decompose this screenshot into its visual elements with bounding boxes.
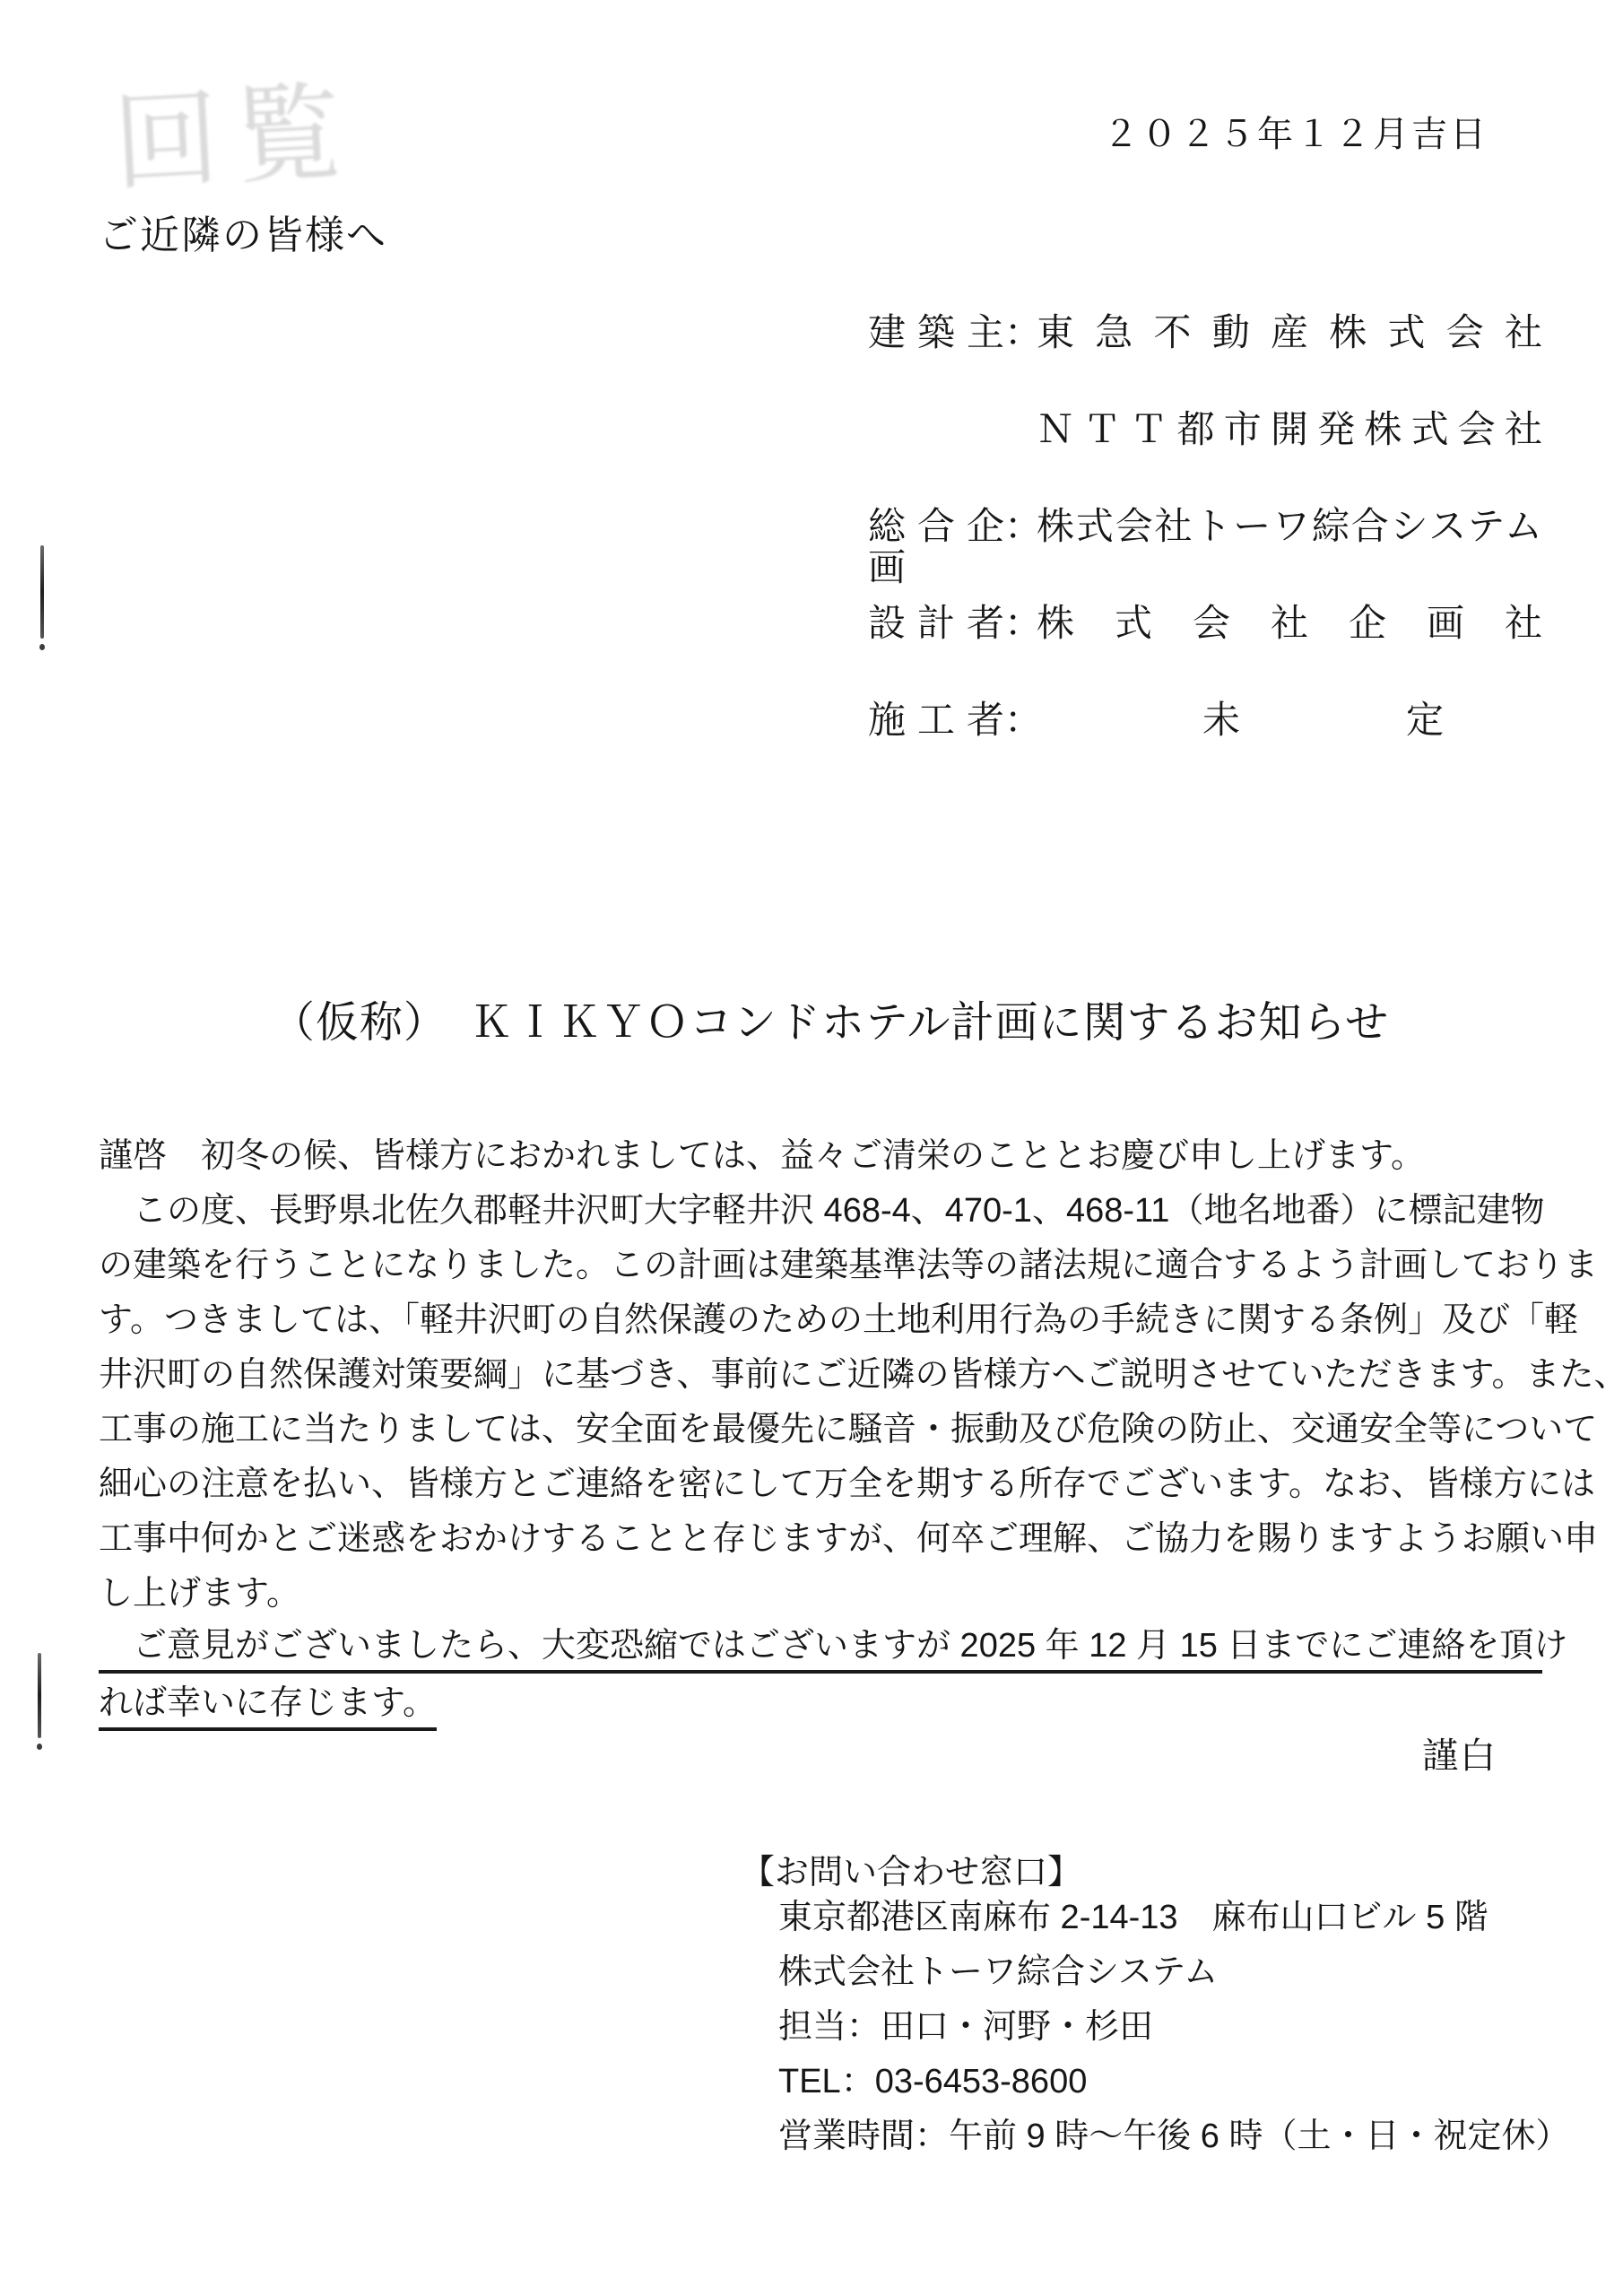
party-value: 株式会社企画社 <box>1037 603 1542 700</box>
party-value: 未定 <box>1037 700 1610 796</box>
party-label: 総合企画 <box>868 506 1004 603</box>
party-row-planner: 総合企画 ： 株式会社トーワ綜合システム <box>868 506 1542 603</box>
party-label: 施工者 <box>868 700 1004 796</box>
underlined-text: れば幸いに存じます。 <box>99 1684 437 1731</box>
scan-artifact-dot <box>39 644 45 650</box>
scanned-notice-document: 回覧 ２０２５年１２月吉日 ご近隣の皆様へ 建築主 ： 東急不動産株式会社 ＮＴ… <box>0 0 1623 2296</box>
party-value: 東急不動産株式会社 <box>1037 312 1542 409</box>
contact-tel: TEL：03-6453-8600 <box>778 2058 1570 2113</box>
body-line: 工事中何かとご迷惑をおかけすることと存じますが、何卒ご理解、ご協力を賜りますよう… <box>99 1516 1542 1570</box>
closing-salutation: 謹白 <box>1422 1727 1497 1779</box>
contact-persons: 担当：田口・河野・杉田 <box>778 2004 1570 2058</box>
party-colon: ： <box>1004 506 1037 603</box>
notice-title: （仮称） ＫＩＫＹＯコンドホテル計画に関するお知らせ <box>0 987 1623 1049</box>
body-line: この度、長野県北佐久郡軽井沢町大字軽井沢 468-4、470-1、468-11（… <box>99 1187 1542 1242</box>
party-label: 建築主 <box>868 312 1004 409</box>
body-line: 謹啓 初冬の候、皆様方におかれましては、益々ご清栄のこととお慶び申し上げます。 <box>99 1133 1542 1187</box>
party-colon: ： <box>1004 700 1037 796</box>
recipient-line: ご近隣の皆様へ <box>99 203 387 260</box>
body-line-underlined: ご意見がございましたら、大変恐縮ではございますが 2025 年 12 月 15 … <box>99 1625 1542 1674</box>
party-row-builder-2: ＮＴＴ都市開発株式会社 <box>868 409 1542 506</box>
party-row-builder: 建築主 ： 東急不動産株式会社 <box>868 312 1542 409</box>
body-line-underlined: れば幸いに存じます。 <box>99 1680 1542 1735</box>
contact-heading: 【お問い合わせ窓口】 <box>741 1844 1081 1893</box>
document-date: ２０２５年１２月吉日 <box>0 106 1488 157</box>
body-line: す。つきましては、「軽井沢町の自然保護のための土地利用行為の手続きに関する条例」… <box>99 1297 1542 1352</box>
party-row-contractor: 施工者 ： 未定 <box>868 700 1542 796</box>
party-label <box>868 409 1004 506</box>
scan-artifact-dot <box>37 1744 42 1750</box>
party-value: 株式会社トーワ綜合システム <box>1037 506 1542 603</box>
scan-artifact-line <box>38 1653 41 1738</box>
party-row-designer: 設計者 ： 株式会社企画社 <box>868 603 1542 700</box>
body-line: し上げます。 <box>99 1570 1542 1625</box>
contact-hours: 営業時間：午前 9 時～午後 6 時（土・日・祝定休） <box>778 2113 1570 2168</box>
scan-artifact-line <box>40 545 44 639</box>
body-text: 謹啓 初冬の候、皆様方におかれましては、益々ご清栄のこととお慶び申し上げます。 … <box>99 1133 1542 1735</box>
party-colon: ： <box>1004 603 1037 700</box>
contact-company: 株式会社トーワ綜合システム <box>778 1949 1570 2004</box>
party-label: 設計者 <box>868 603 1004 700</box>
party-colon <box>1004 409 1037 506</box>
body-line: 細心の注意を払い、皆様方とご連絡を密にして万全を期する所存でございます。なお、皆… <box>99 1461 1542 1516</box>
contact-block: 東京都港区南麻布 2-14-13 麻布山口ビル 5 階 株式会社トーワ綜合システ… <box>778 1894 1570 2168</box>
body-line: 井沢町の自然保護対策要綱」に基づき、事前にご近隣の皆様方へご説明させていただきま… <box>99 1352 1542 1406</box>
party-colon: ： <box>1004 312 1037 409</box>
parties-block: 建築主 ： 東急不動産株式会社 ＮＴＴ都市開発株式会社 総合企画 ： 株式会社ト… <box>868 312 1542 796</box>
contact-address: 東京都港区南麻布 2-14-13 麻布山口ビル 5 階 <box>778 1894 1570 1949</box>
body-line: 工事の施工に当たりましては、安全面を最優先に騒音・振動及び危険の防止、交通安全等… <box>99 1406 1542 1461</box>
body-line: の建築を行うことになりました。この計画は建築基準法等の諸法規に適合するよう計画し… <box>99 1242 1542 1297</box>
party-value: ＮＴＴ都市開発株式会社 <box>1037 409 1542 506</box>
